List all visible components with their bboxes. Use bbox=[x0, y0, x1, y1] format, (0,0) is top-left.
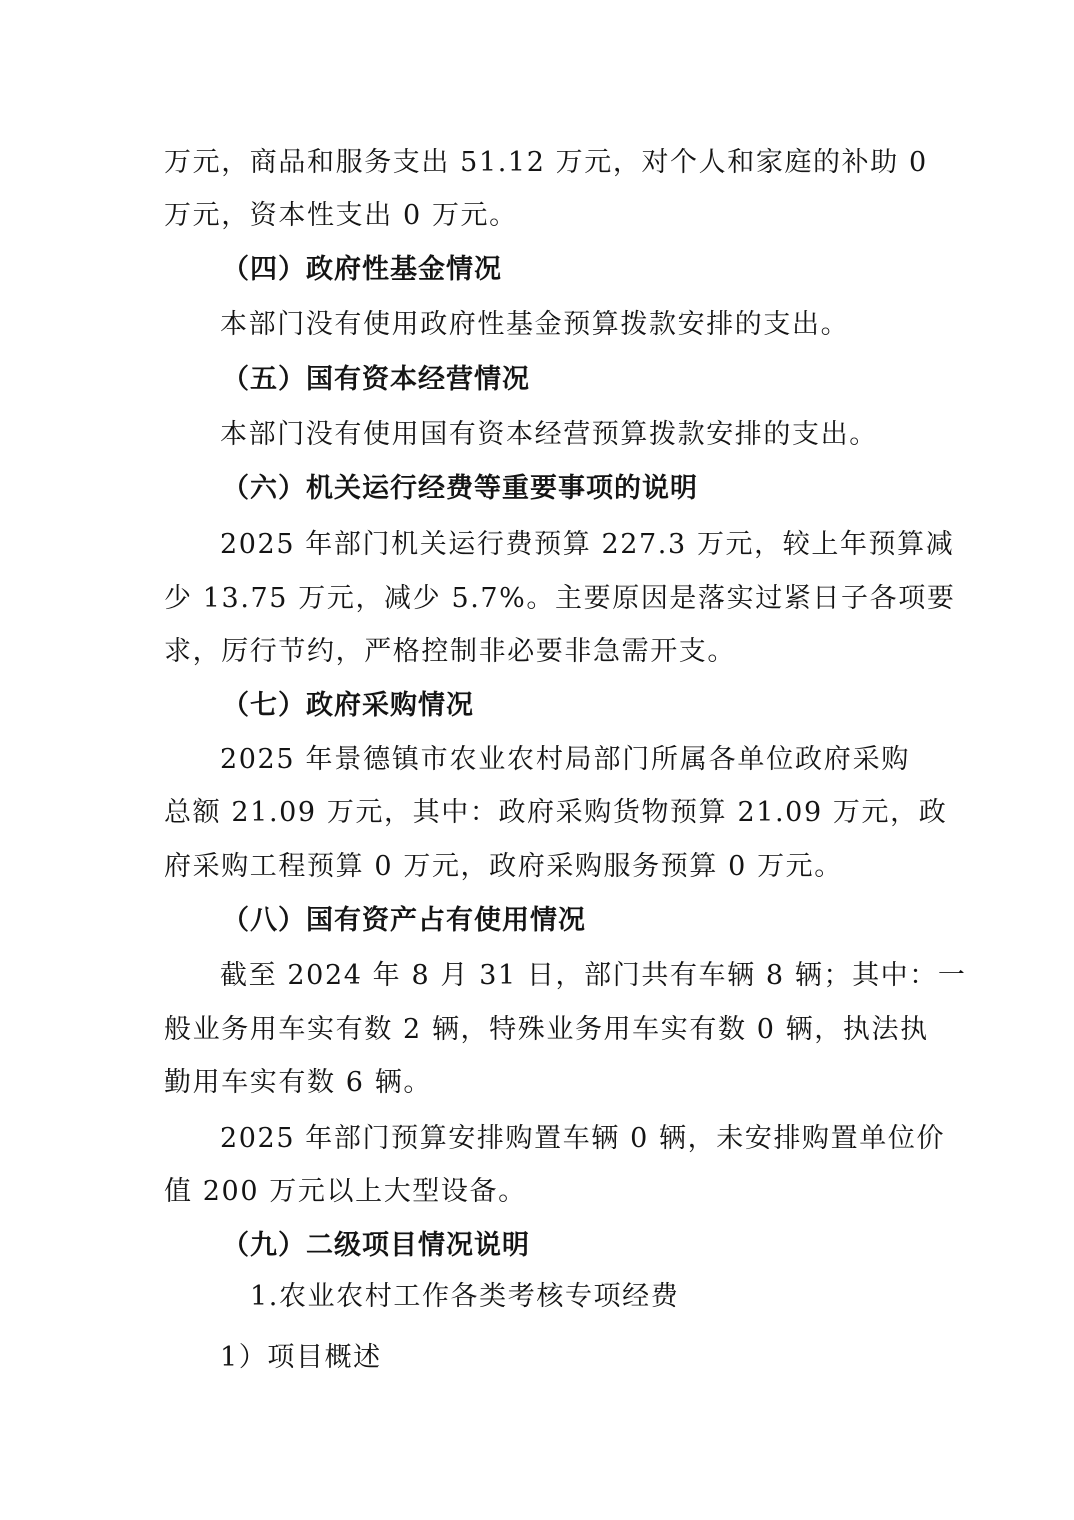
paragraph-line: 值 200 万元以上大型设备。 bbox=[164, 1174, 527, 1210]
paragraph-line: 万元，资本性支出 0 万元。 bbox=[164, 198, 518, 234]
paragraph-line: 本部门没有使用政府性基金预算拨款安排的支出。 bbox=[220, 307, 849, 343]
section-heading-5: （五）国有资本经营情况 bbox=[222, 362, 530, 398]
section-heading-7: （七）政府采购情况 bbox=[222, 688, 474, 724]
document-page: 万元，商品和服务支出 51.12 万元，对个人和家庭的补助 0 万元，资本性支出… bbox=[0, 0, 1074, 1520]
paragraph-line: 万元，商品和服务支出 51.12 万元，对个人和家庭的补助 0 bbox=[164, 145, 910, 181]
paragraph-line: 般业务用车实有数 2 辆，特殊业务用车实有数 0 辆，执法执 bbox=[164, 1012, 910, 1048]
section-heading-6: （六）机关运行经费等重要事项的说明 bbox=[222, 471, 698, 507]
paragraph-line: 本部门没有使用国有资本经营预算拨款安排的支出。 bbox=[220, 417, 878, 453]
paragraph-line: 2025 年部门机关运行费预算 227.3 万元，较上年预算减 bbox=[220, 527, 910, 563]
section-heading-9: （九）二级项目情况说明 bbox=[222, 1228, 530, 1264]
section-heading-8: （八）国有资产占有使用情况 bbox=[222, 903, 586, 939]
paragraph-line: 少 13.75 万元，减少 5.7%。主要原因是落实过紧日子各项要 bbox=[164, 581, 910, 617]
paragraph-line: 求，厉行节约，严格控制非必要非急需开支。 bbox=[164, 634, 736, 670]
paragraph-line: 2025 年部门预算安排购置车辆 0 辆，未安排购置单位价 bbox=[220, 1121, 910, 1157]
subsection-title: 1.农业农村工作各类考核专项经费 bbox=[250, 1279, 679, 1315]
subsection-item: 1）项目概述 bbox=[220, 1340, 382, 1376]
paragraph-line: 截至 2024 年 8 月 31 日，部门共有车辆 8 辆；其中：一 bbox=[220, 958, 910, 994]
paragraph-line: 勤用车实有数 6 辆。 bbox=[164, 1065, 432, 1101]
section-heading-4: （四）政府性基金情况 bbox=[222, 252, 502, 288]
paragraph-line: 2025 年景德镇市农业农村局部门所属各单位政府采购 bbox=[220, 742, 910, 778]
paragraph-line: 府采购工程预算 0 万元，政府采购服务预算 0 万元。 bbox=[164, 849, 843, 885]
paragraph-line: 总额 21.09 万元，其中：政府采购货物预算 21.09 万元，政 bbox=[164, 795, 910, 831]
